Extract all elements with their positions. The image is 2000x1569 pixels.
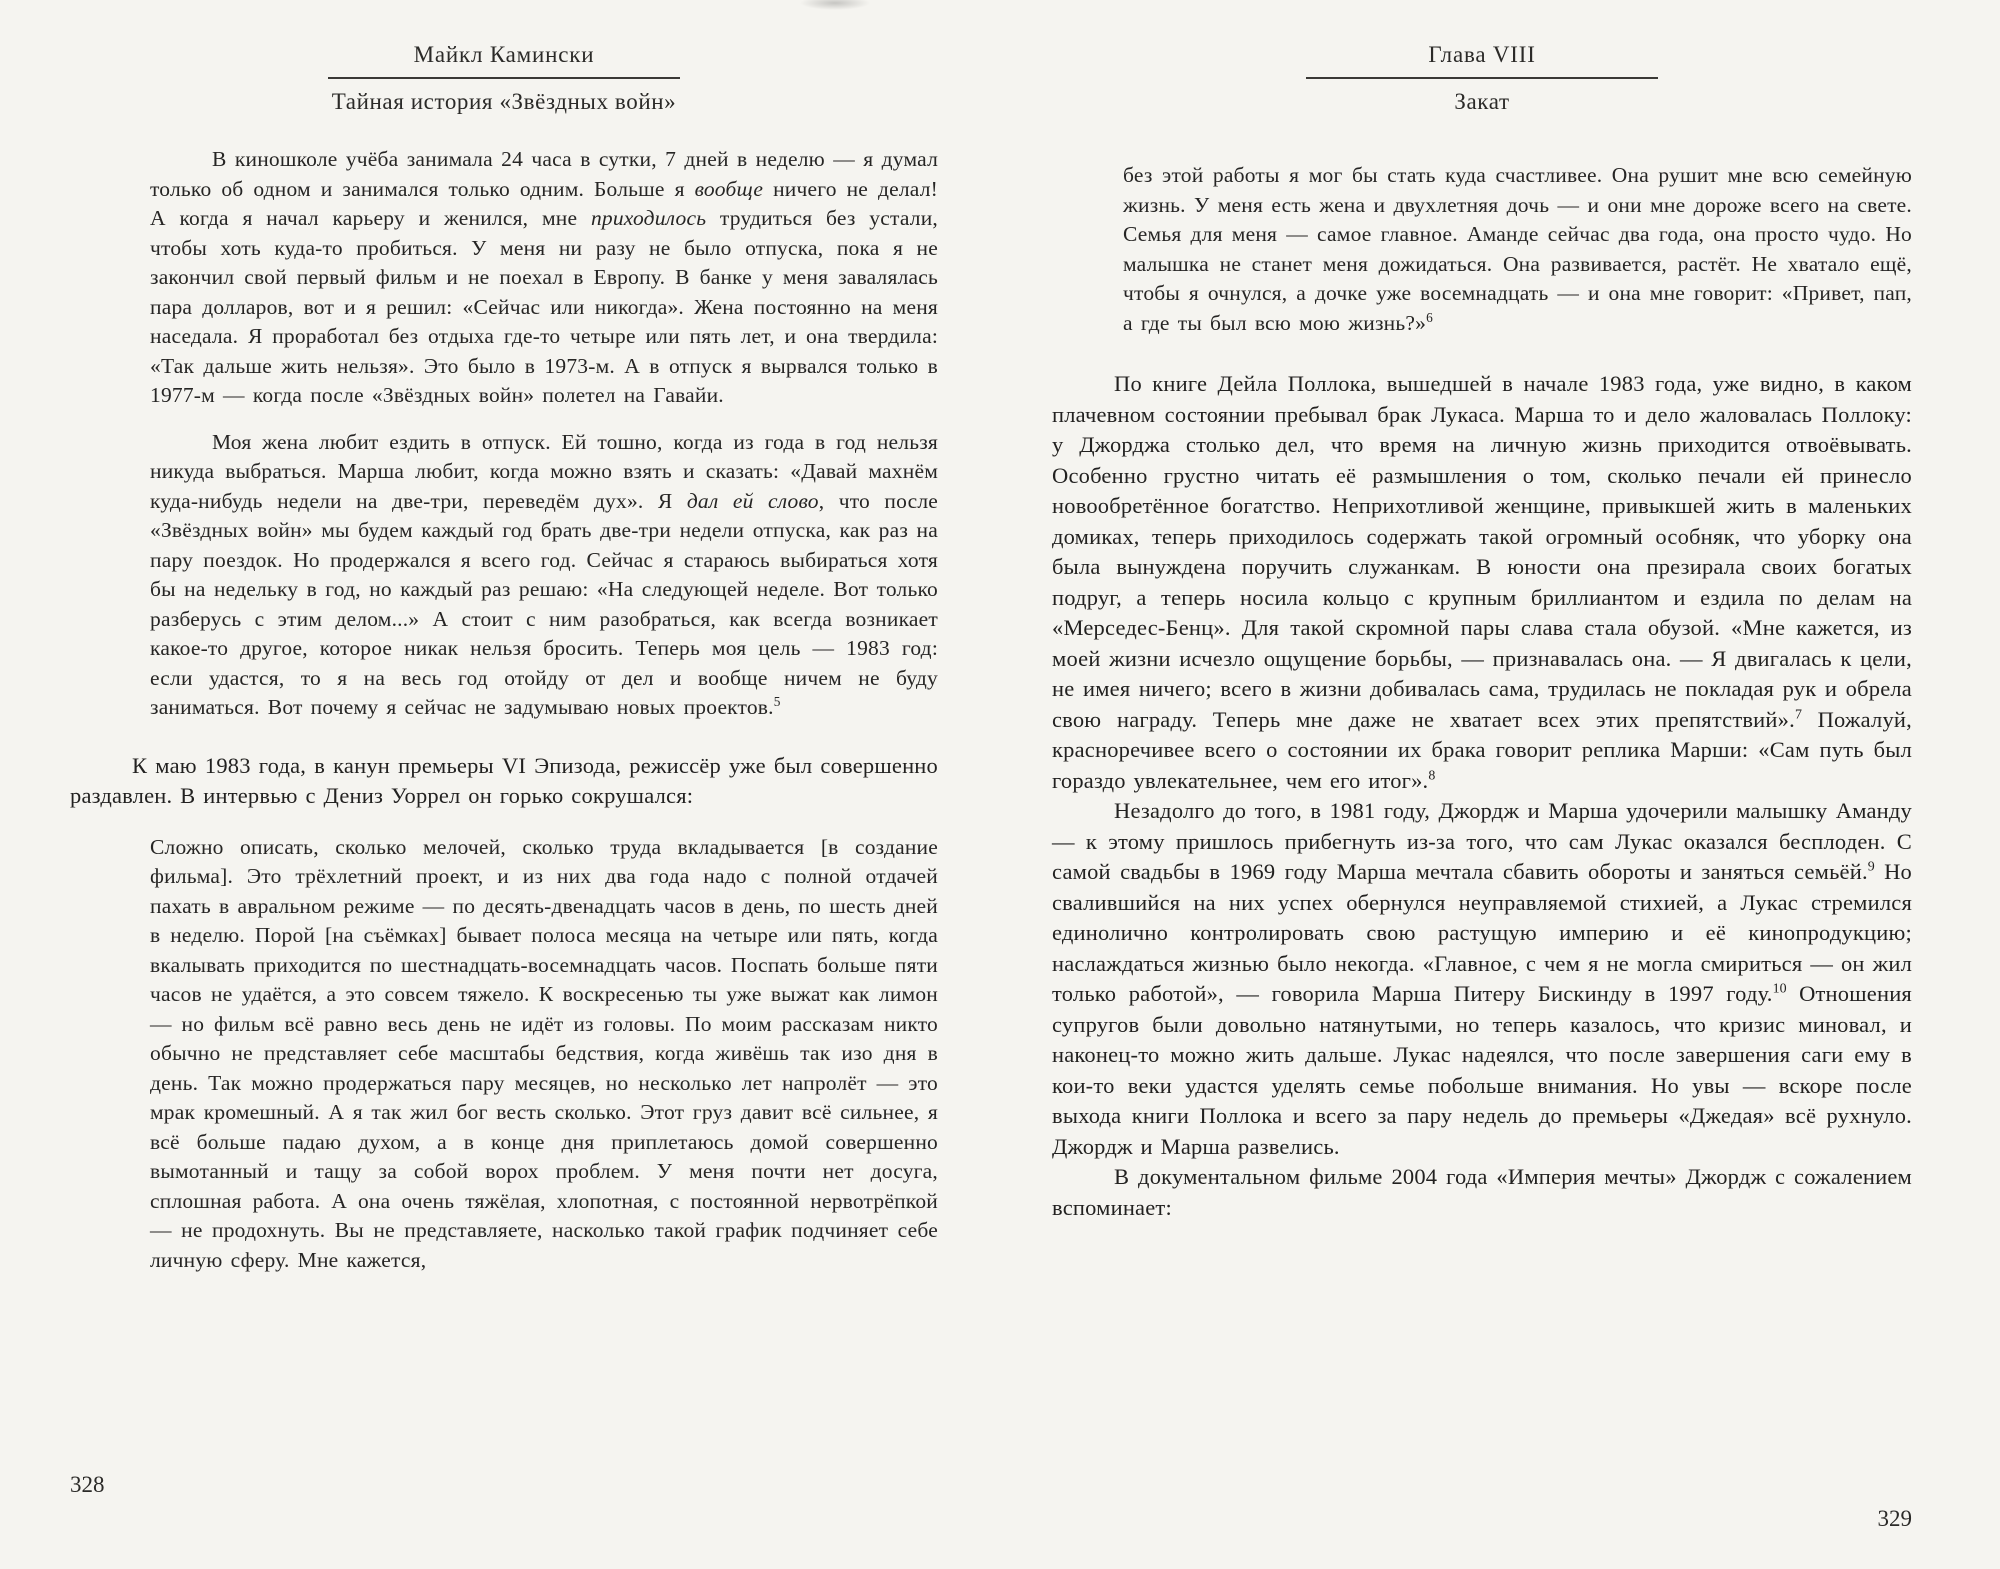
book-spread: Майкл Камински Тайная история «Звёздных …: [0, 0, 2000, 1569]
quote-paragraph: Сложно описать, сколько мелочей, сколько…: [150, 833, 938, 1276]
left-page-header: Майкл Камински Тайная история «Звёздных …: [70, 0, 938, 115]
running-head-chapter: Глава VIII: [1052, 42, 1912, 68]
quote-paragraph: без этой работы я мог бы стать куда счас…: [1123, 161, 1912, 338]
page-329: Глава VIII Закат без этой работы я мог б…: [1052, 0, 1912, 1569]
header-rule: [328, 77, 680, 79]
quote-paragraph: В киношколе учёба занимала 24 часа в сут…: [150, 145, 938, 411]
page-328: Майкл Камински Тайная история «Звёздных …: [70, 0, 938, 1569]
body-paragraph: В документальном фильме 2004 года «Импер…: [1052, 1162, 1912, 1223]
quote-paragraph: Моя жена любит ездить в отпуск. Ей тошно…: [150, 428, 938, 723]
chapter-title: Закат: [1052, 89, 1912, 115]
running-head-author: Майкл Камински: [70, 42, 938, 68]
header-rule: [1306, 77, 1658, 79]
body-paragraph: По книге Дейла Поллока, вышедшей в начал…: [1052, 369, 1912, 796]
lucas-interview-quote-block: В киношколе учёба занимала 24 часа в сут…: [150, 145, 938, 723]
quote-continuation-block: без этой работы я мог бы стать куда счас…: [1123, 161, 1912, 338]
body-paragraph: К маю 1983 года, в канун премьеры VI Эпи…: [70, 751, 938, 812]
body-paragraph: Незадолго до того, в 1981 году, Джордж и…: [1052, 796, 1912, 1162]
page-number-left: 328: [70, 1472, 105, 1498]
denise-worrell-quote-block: Сложно описать, сколько мелочей, сколько…: [150, 833, 938, 1276]
right-page-header: Глава VIII Закат: [1052, 0, 1912, 115]
book-title: Тайная история «Звёздных войн»: [70, 89, 938, 115]
page-number-right: 329: [1878, 1506, 1913, 1532]
